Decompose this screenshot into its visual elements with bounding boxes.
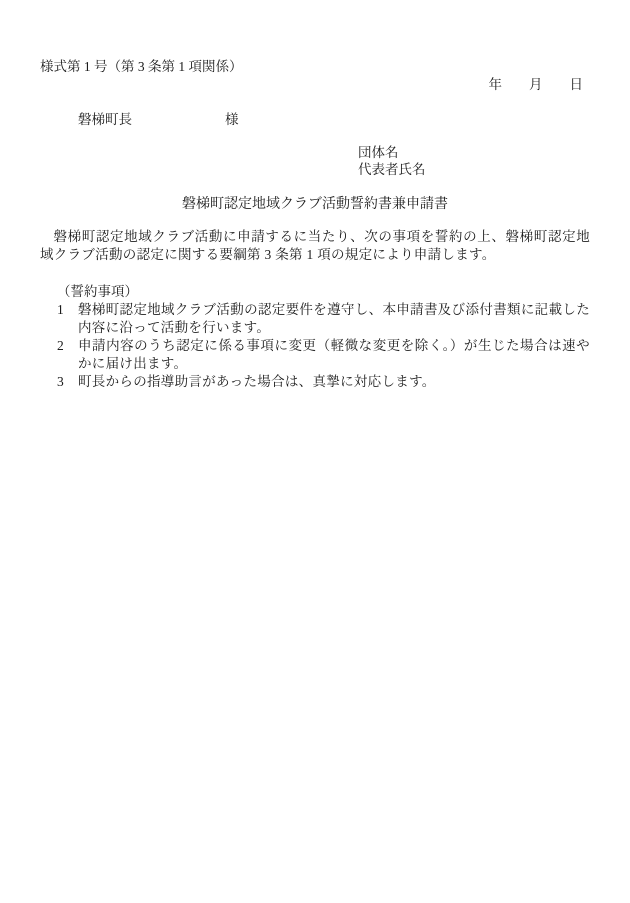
addressee-line: 磐梯町長 様 bbox=[78, 111, 630, 129]
addressee-name: 磐梯町長 bbox=[78, 111, 132, 129]
date-day-label: 日 bbox=[570, 76, 584, 94]
pledge-item-number: 3 bbox=[57, 373, 78, 391]
pledge-item: 1 磐梯町認定地域クラブ活動の認定要件を遵守し、本申請書及び添付書類に記載した内… bbox=[40, 301, 590, 337]
pledge-item: 3 町長からの指導助言があった場合は、真摯に対応します。 bbox=[40, 373, 590, 391]
pledge-heading: （誓約事項） bbox=[57, 283, 630, 301]
date-year-label: 年 bbox=[489, 76, 503, 94]
body-paragraph: 磐梯町認定地域クラブ活動に申請するに当たり、次の事項を誓約の上、磐梯町認定地域ク… bbox=[40, 228, 590, 264]
date-month-label: 月 bbox=[529, 76, 543, 94]
date-line: 年 月 日 bbox=[0, 76, 630, 94]
signature-block: 団体名 代表者氏名 bbox=[358, 144, 630, 178]
pledge-item-number: 1 bbox=[57, 301, 78, 319]
pledge-item: 2 申請内容のうち認定に係る事項に変更（軽微な変更を除く。）が生じた場合は速やか… bbox=[40, 337, 590, 373]
document-page: 様式第 1 号（第 3 条第 1 項関係） 年 月 日 磐梯町長 様 団体名 代… bbox=[0, 0, 630, 903]
document-title: 磐梯町認定地域クラブ活動誓約書兼申請書 bbox=[0, 196, 630, 214]
pledge-item-text: 申請内容のうち認定に係る事項に変更（軽微な変更を除く。）が生じた場合は速やかに届… bbox=[78, 337, 590, 373]
form-number: 様式第 1 号（第 3 条第 1 項関係） bbox=[40, 0, 630, 76]
representative-name-label: 代表者氏名 bbox=[358, 161, 630, 178]
addressee-honorific: 様 bbox=[225, 111, 239, 129]
pledge-item-text: 町長からの指導助言があった場合は、真摯に対応します。 bbox=[78, 373, 590, 391]
pledge-item-text: 磐梯町認定地域クラブ活動の認定要件を遵守し、本申請書及び添付書類に記載した内容に… bbox=[78, 301, 590, 337]
pledge-list: 1 磐梯町認定地域クラブ活動の認定要件を遵守し、本申請書及び添付書類に記載した内… bbox=[40, 301, 590, 391]
group-name-label: 団体名 bbox=[358, 144, 630, 161]
pledge-item-number: 2 bbox=[57, 337, 78, 355]
